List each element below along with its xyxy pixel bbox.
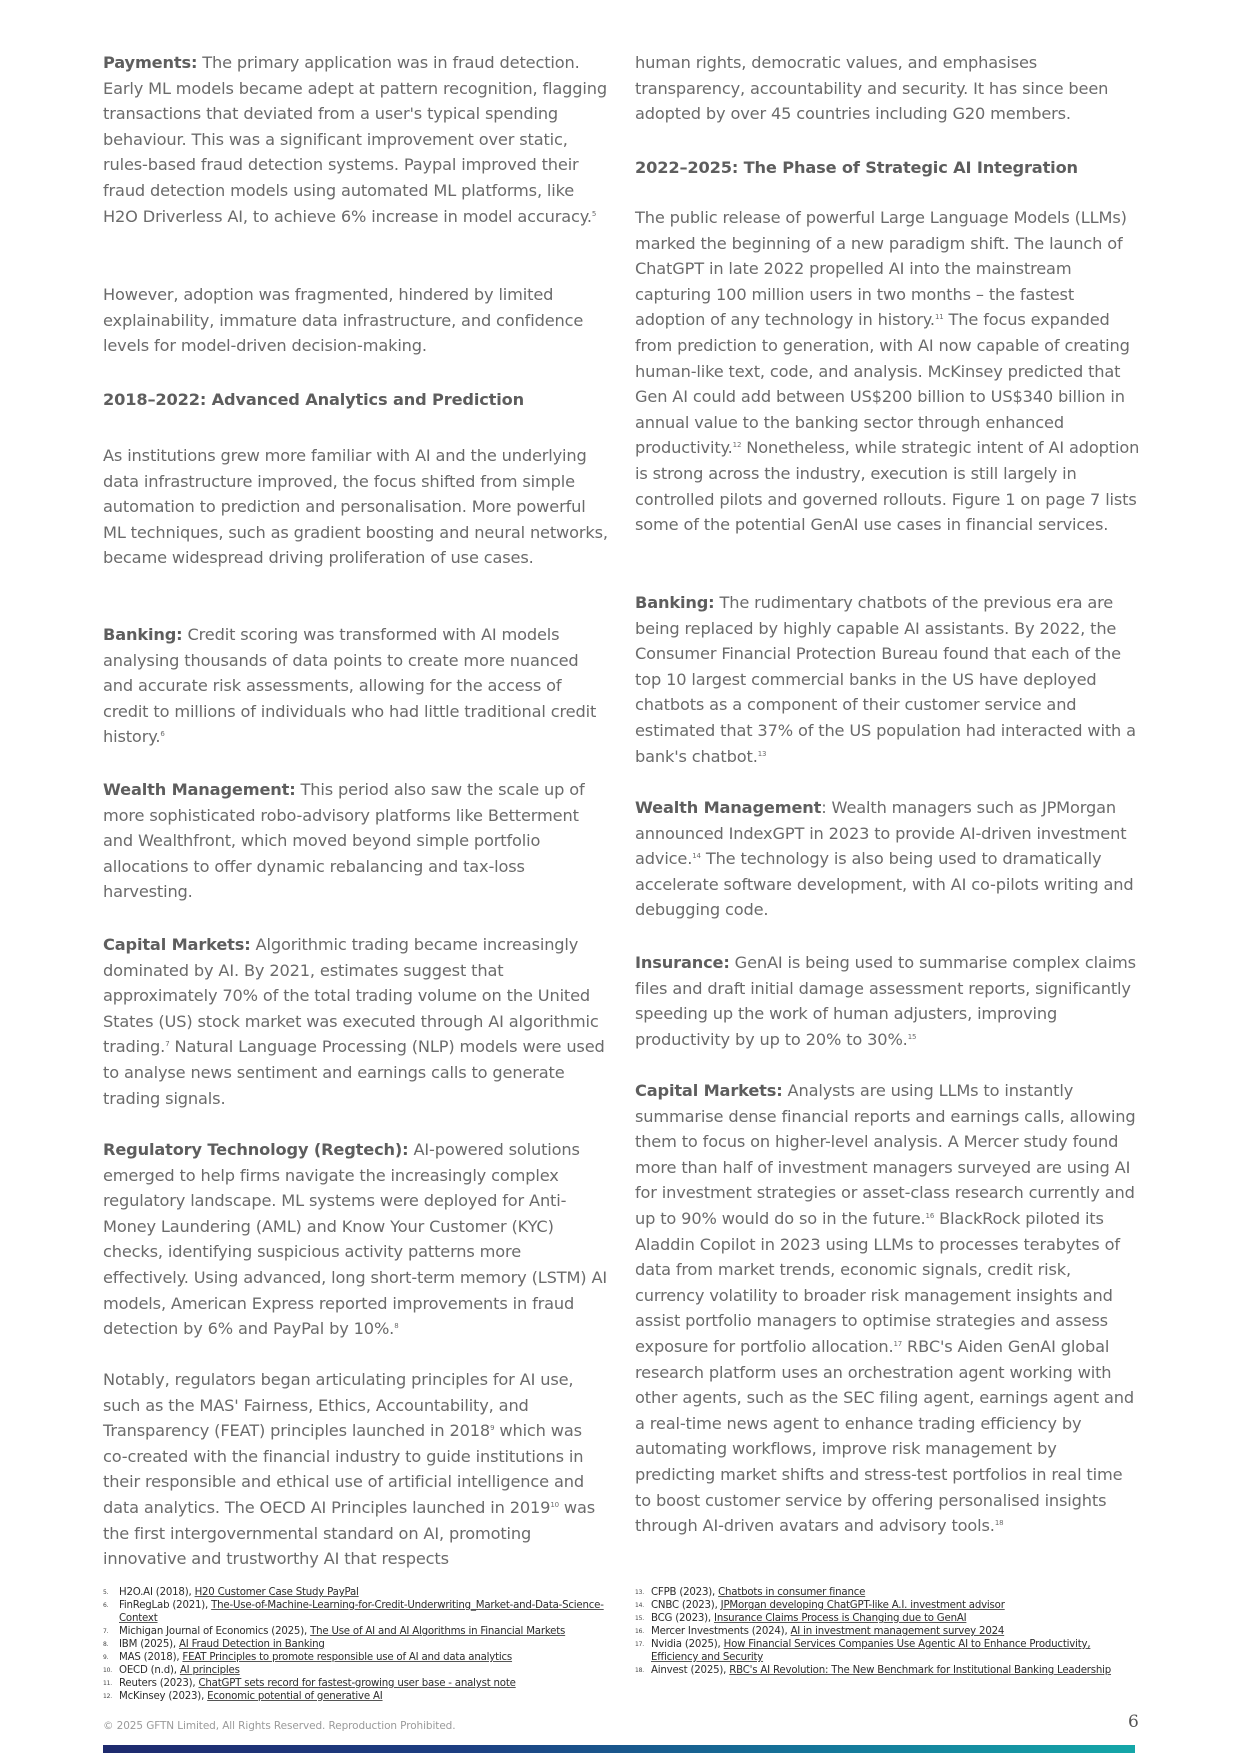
banking-label: Banking: bbox=[103, 625, 183, 644]
insurance-label: Insurance: bbox=[635, 953, 730, 972]
footnote-ref[interactable]: 12 bbox=[733, 441, 742, 449]
llm-intro-paragraph: The public release of powerful Large Lan… bbox=[635, 205, 1140, 538]
footnote-link[interactable]: Insurance Claims Process is Changing due… bbox=[714, 1613, 966, 1624]
footnote-item: 10.OECD (n.d), AI principles bbox=[103, 1664, 623, 1677]
footnote-link[interactable]: Economic potential of generative AI bbox=[207, 1691, 382, 1702]
footnote-link[interactable]: ChatGPT sets record for fastest-growing … bbox=[199, 1678, 516, 1689]
banking-2018-paragraph: Banking: Credit scoring was transformed … bbox=[103, 622, 608, 750]
footnote-item: 5.H2O.AI (2018), H20 Customer Case Study… bbox=[103, 1586, 623, 1599]
wealth-label: Wealth Management bbox=[635, 798, 821, 817]
capital-label: Capital Markets: bbox=[635, 1081, 783, 1100]
footnote-ref[interactable]: 8 bbox=[394, 1322, 398, 1330]
footnote-ref[interactable]: 5 bbox=[592, 210, 596, 218]
footnote-ref[interactable]: 16 bbox=[926, 1212, 935, 1220]
copyright-notice: © 2025 GFTN Limited, All Rights Reserved… bbox=[103, 1720, 455, 1732]
footnote-item: 11.Reuters (2023), ChatGPT sets record f… bbox=[103, 1677, 623, 1690]
footnote-link[interactable]: The Use of AI and AI Algorithms in Finan… bbox=[310, 1626, 565, 1637]
wealth-2018-paragraph: Wealth Management: This period also saw … bbox=[103, 777, 608, 905]
footnote-ref[interactable]: 10 bbox=[550, 1501, 559, 1509]
capital-2018-paragraph: Capital Markets: Algorithmic trading bec… bbox=[103, 932, 608, 1111]
footnote-ref[interactable]: 18 bbox=[995, 1519, 1004, 1527]
regtech-paragraph: Regulatory Technology (Regtech): AI-powe… bbox=[103, 1137, 608, 1342]
footnote-link[interactable]: JPMorgan developing ChatGPT-like A.I. in… bbox=[721, 1600, 1005, 1611]
footnote-link[interactable]: RBC's AI Revolution: The New Benchmark f… bbox=[729, 1665, 1111, 1676]
footnote-link[interactable]: AI in investment management survey 2024 bbox=[791, 1626, 1005, 1637]
capital-2022-paragraph: Capital Markets: Analysts are using LLMs… bbox=[635, 1078, 1140, 1539]
footnote-item: 8.IBM (2025), AI Fraud Detection in Bank… bbox=[103, 1638, 623, 1651]
footnotes-left: 5.H2O.AI (2018), H20 Customer Case Study… bbox=[103, 1586, 623, 1703]
footnote-item: 17.Nvidia (2025), How Financial Services… bbox=[635, 1638, 1135, 1664]
footnote-link[interactable]: AI principles bbox=[180, 1665, 240, 1676]
footnote-item: 16.Mercer Investments (2024), AI in inve… bbox=[635, 1625, 1135, 1638]
footnote-link[interactable]: FEAT Principles to promote responsible u… bbox=[182, 1652, 512, 1663]
footnotes-right: 13.CFPB (2023), Chatbots in consumer fin… bbox=[635, 1586, 1135, 1677]
capital-label: Capital Markets: bbox=[103, 935, 251, 954]
banking-2022-paragraph: Banking: The rudimentary chatbots of the… bbox=[635, 590, 1140, 769]
insurance-paragraph: Insurance: GenAI is being used to summar… bbox=[635, 950, 1140, 1052]
footnote-ref[interactable]: 13 bbox=[758, 750, 767, 758]
banking-label: Banking: bbox=[635, 593, 715, 612]
section-heading-2022: 2022–2025: The Phase of Strategic AI Int… bbox=[635, 155, 1078, 181]
footnote-link[interactable]: AI Fraud Detection in Banking bbox=[179, 1639, 325, 1650]
footnote-ref[interactable]: 11 bbox=[935, 313, 944, 321]
footnote-item: 14.CNBC (2023), JPMorgan developing Chat… bbox=[635, 1599, 1135, 1612]
wealth-label: Wealth Management: bbox=[103, 780, 296, 799]
regtech-label: Regulatory Technology (Regtech): bbox=[103, 1140, 408, 1159]
footnote-item: 15.BCG (2023), Insurance Claims Process … bbox=[635, 1612, 1135, 1625]
footnote-ref[interactable]: 17 bbox=[893, 1340, 902, 1348]
regulators-paragraph: Notably, regulators began articulating p… bbox=[103, 1367, 608, 1572]
continuation-paragraph: human rights, democratic values, and emp… bbox=[635, 50, 1140, 127]
intro-2018-paragraph: As institutions grew more familiar with … bbox=[103, 443, 608, 571]
footnote-link[interactable]: H20 Customer Case Study PayPal bbox=[195, 1587, 359, 1598]
section-heading-2018: 2018–2022: Advanced Analytics and Predic… bbox=[103, 387, 524, 413]
footnote-item: 6.FinRegLab (2021), The-Use-of-Machine-L… bbox=[103, 1599, 623, 1625]
footnote-item: 13.CFPB (2023), Chatbots in consumer fin… bbox=[635, 1586, 1135, 1599]
footnote-ref[interactable]: 14 bbox=[692, 852, 701, 860]
adoption-paragraph: However, adoption was fragmented, hinder… bbox=[103, 282, 608, 359]
footnote-item: 9.MAS (2018), FEAT Principles to promote… bbox=[103, 1651, 623, 1664]
wealth-2022-paragraph: Wealth Management: Wealth managers such … bbox=[635, 795, 1140, 923]
footnote-item: 7.Michigan Journal of Economics (2025), … bbox=[103, 1625, 623, 1638]
footer-gradient-bar bbox=[103, 1745, 1135, 1753]
footnote-link[interactable]: Chatbots in consumer finance bbox=[718, 1587, 865, 1598]
footnote-ref[interactable]: 6 bbox=[160, 730, 164, 738]
footnote-ref[interactable]: 15 bbox=[908, 1033, 917, 1041]
payments-label: Payments: bbox=[103, 53, 197, 72]
payments-paragraph: Payments: The primary application was in… bbox=[103, 50, 608, 229]
footnote-item: 12.McKinsey (2023), Economic potential o… bbox=[103, 1690, 623, 1703]
footnote-item: 18.Ainvest (2025), RBC's AI Revolution: … bbox=[635, 1664, 1135, 1677]
page-number: 6 bbox=[1128, 1712, 1139, 1732]
